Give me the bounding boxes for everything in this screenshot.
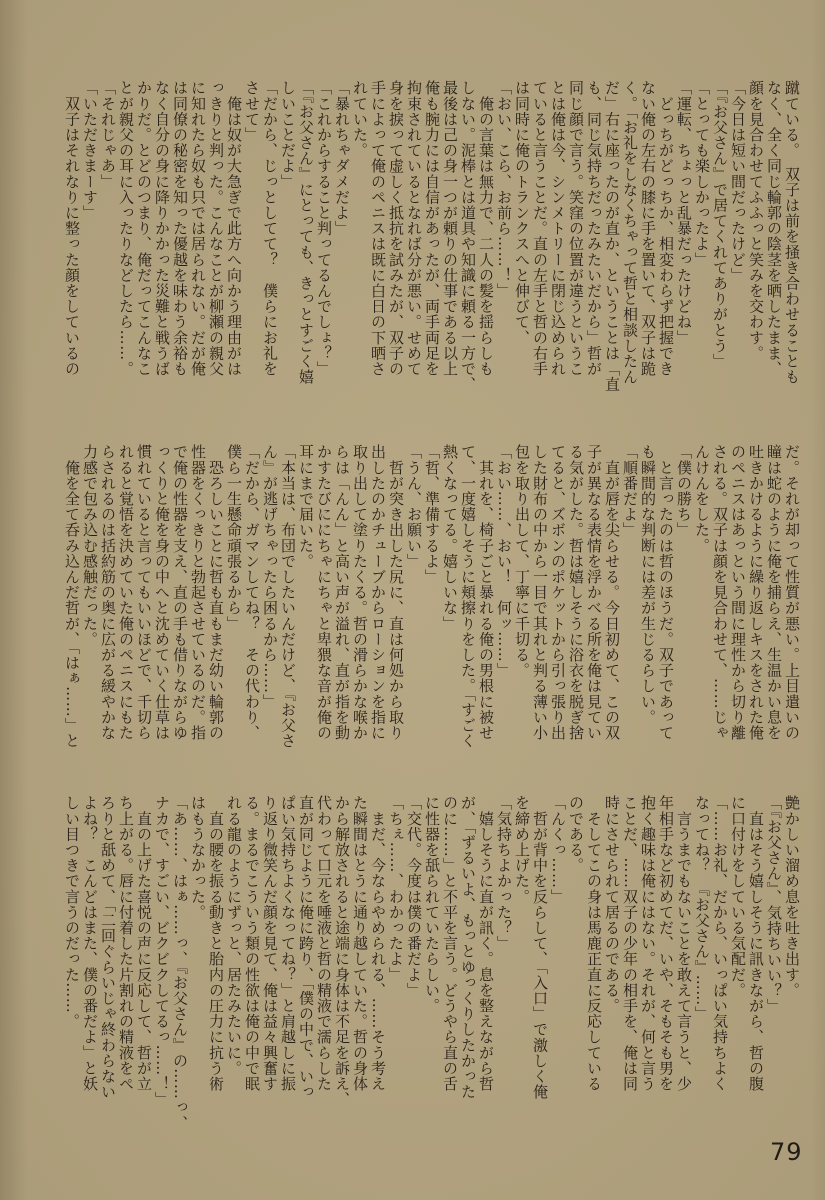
text-column: 蹴ている。 双子は前を掻き合わせることも [783,80,801,428]
text-column: 子が異なる表情を浮かべる所を俺は見てい [585,444,603,792]
text-column: で俺の性器を支え、直の手も借りながらゆ [171,444,189,792]
text-column: んけんをした。 [693,444,711,792]
text-column: 年相手など初めてだ、いや、そもそも男を [657,795,675,1143]
text-column: 「それじゃあ」 [99,80,117,428]
text-column: だ」右に座ったのが直か、ということは「直 [603,80,621,428]
text-column: まだ、今ならやめられる、……そう考え [369,795,387,1143]
text-column: ろりと舐めて、「二回ぐらいじゃ終わらない [99,795,117,1143]
text-column: 直の上げた喜悦の声に反応して、哲が立 [135,795,153,1143]
text-column: 代わって口元を唾液と哲の精液で濡らした [315,795,333,1143]
text-column: 身を捩って虚しく抵抗を試みたが、双子の [387,80,405,428]
text-column: 「うん、お願い」 [405,444,423,792]
text-column: て、一度嬉しそうに頬擦りをした。「すごく [459,444,477,792]
page-number: 79 [770,1138,803,1166]
text-column: 「ちぇ……、わかったよ」 [387,795,405,1143]
text-column: しい目つきで言うのだった……。 [63,795,81,1143]
text-column: 双子はそれなりに整った顔をしているの [63,80,81,428]
text-column: く。「お礼をしなくちゃって哲と相談したん [621,80,639,428]
text-column: なってね？ 『お父さん』……」 [693,795,711,1143]
text-column: とが親父の耳に入ったりなどしたら……。 [117,80,135,428]
text-column: なく自分の身に降りかかった災難と戦うば [153,80,171,428]
text-column: も、同じ気持ちだったみたいだから」哲が [585,80,603,428]
text-column: 俺も腕力には自信があったが、両手両足を [423,80,441,428]
text-column: した財布の中から一目で其れと判る薄い小 [531,444,549,792]
text-column: れていた。 [351,80,369,428]
text-column: される。双子は顔を見合わせて、……じゃ [711,444,729,792]
text-block-top: 蹴ている。 双子は前を掻き合わせることもなく、全く同じ輪郭の陰茎を晒したまま、顔… [61,80,801,428]
text-column: てると、ズボンのポケットから引っ張り出 [549,444,567,792]
text-column: 「……お礼、だから、いっぱい気持ちよく [711,795,729,1143]
text-column: そしてこの身は馬鹿正直に反応している [585,795,603,1143]
text-block-bottom: 艶かしい溜め息を吐き出す。「『お父さん』、気持ちいい？」 直はそう嬉しそうに訊き… [61,795,801,1143]
text-column: を締め上げた。 [513,795,531,1143]
text-column: 最後は己の身一つが頼りの仕事である以上 [441,80,459,428]
text-column: 取り出して塗りたくる。哲の滑らかな喉か [351,444,369,792]
text-column: しない。泥棒とは道具や知識に頼る一方で、 [459,80,477,428]
text-column: 熱くなってる。嬉しいな」 [441,444,459,792]
text-column: 「『お父さん』にとっても、きっとすごく嬉 [297,80,315,428]
text-column: 「とっても楽しかったよ」 [693,80,711,428]
text-column: のである。 [567,795,585,1143]
text-column: 其れを、椅子ごと暴れる俺の男根に被せ [477,444,495,792]
text-column: 性器をくっきりと勃起させているのだ。指 [189,444,207,792]
text-column: 吐きかけるように繰り返しキスをされた俺 [747,444,765,792]
text-column: のに……」と不平を言う。どうやら直の舌 [441,795,459,1143]
text-column: 「本当は、布団でしたいんだけど、『お父さ [279,444,297,792]
text-column: 包を取り出して、丁寧に千切る。 [513,444,531,792]
text-column: 「気持ちよかった？」 [495,795,513,1143]
text-column: だ。それが却って性質が悪い。上目遣いの [783,444,801,792]
text-column: かりだ。とどのつまり、俺だってこんなこ [135,80,153,428]
text-column: のペニスはあっという間に理性から切り離 [729,444,747,792]
text-column: っくりと俺を身の中へと沈めていく仕草は [153,444,171,792]
text-column: 手によって俺のペニスは既に白日の下晒さ [369,80,387,428]
text-column: らは「んん」と高い声が溢れ、直が指を動 [333,444,351,792]
text-column: 「んくっ……」 [549,795,567,1143]
text-column: 「今日は短い間だったけど」 [729,80,747,428]
text-column: 「僕の勝ち」 [675,444,693,792]
text-column: はもうなかった。 [189,795,207,1143]
text-column: る。まるでこういう類の性欲は俺の中で眠 [243,795,261,1143]
text-column: なく、全く同じ輪郭の陰茎を晒したまま、 [765,80,783,428]
text-column: ナカで、すごい、ビクビクしてるっ……！」 [153,795,171,1143]
text-column: 時にさせられて居るのである。 [603,795,621,1143]
text-column: ぱい気持ちよくなってね？」と肩越しに振 [279,795,297,1143]
text-column: 直はそう嬉しそうに訊きながら、哲の腹 [747,795,765,1143]
text-block-middle: だ。それが却って性質が悪い。上目遣いの瞳は蛇のように俺を捕らえ、生温かい息を吐き… [61,444,801,792]
text-column: 俺は奴が大急ぎで此方へ向かう理由がは [225,80,243,428]
text-column: 直の腰を振る動きと胎内の圧力に抗う術 [207,795,225,1143]
text-column: に口付けをしている気配だ。 [729,795,747,1143]
text-column: 「『お父さん』、気持ちいい？」 [765,795,783,1143]
text-column: 「おい……、おい！ 何ッ……」 [495,444,513,792]
text-column: れると覚悟を決めていた俺のペニスにもた [117,444,135,792]
text-column: よね？ こんどはまた、僕の番だよ」と妖 [81,795,99,1143]
text-column: 力感で包み込む感触だった。 [81,444,99,792]
text-column: かすたびににちゃにちゃと卑猥な音が俺の [315,444,333,792]
text-column: から解放されると途端に身体は不足を訴え、 [333,795,351,1143]
text-column: 「いただきまーす」 [81,80,99,428]
text-column: に性器を舐られていたらしい。 [423,795,441,1143]
text-column: 「哲、準備するよ」 [423,444,441,792]
text-column: り返り微笑んだ顔を見て、俺は益々興奮す [261,795,279,1143]
text-column: ていると言うことだ。直の左手と哲の右手 [531,80,549,428]
text-column: る気がした。哲は嬉しそうに浴衣を脱ぎ捨 [567,444,585,792]
text-column: 直が同じように俺に跨り、「僕の中で、いっ [297,795,315,1143]
text-column: ち上がる。唇に付着した片割れの精液をぺ [117,795,135,1143]
text-column: しいことだよ」 [279,80,297,428]
text-column: と言ったのは哲のほうだ。双子であって [657,444,675,792]
text-column: 「順番だよ」 [621,444,639,792]
text-column: 恐ろしいことに哲も直もまだ幼い輪郭の [207,444,225,792]
text-column: らされるのは括約筋の奥に広がる緩やかな [99,444,117,792]
text-column: とは俺は今、シンメトリーに閉じ込められ [549,80,567,428]
text-column: 「運転、ちょっと乱暴だったけどね」 [675,80,693,428]
text-column: 直が唇を尖らせる。今日初めて、この双 [603,444,621,792]
text-column: ない俺の左右の膝に手を置いて、双子は跪 [639,80,657,428]
text-column: 「これからすること判ってるんでしょ？」 [315,80,333,428]
text-column: 「あ……、はぁ……っ、『お父さん』の……っ、 [171,795,189,1143]
text-column: は同僚の秘密を知った優越を味わう余裕も [171,80,189,428]
text-column: 拘束されているとなれば分が悪い。せめて [405,80,423,428]
text-column: た瞬間はとうに通り越していた。哲の身体 [351,795,369,1143]
text-column: れる龍のようにずっと、居たみたいに。 [225,795,243,1143]
text-column: 「交代。今度は僕の番だよ」 [405,795,423,1143]
text-column: 「おい、こら、お前ら……！」 [495,80,513,428]
text-column: 抱く趣味は俺にはない。それが、何と言う [639,795,657,1143]
text-column: させて」 [243,80,261,428]
text-column: 嬉しそうに直が訊く。息を整えながら哲 [477,795,495,1143]
text-column: 耳にまで届いた。 [297,444,315,792]
text-column: 「暴れちゃダメだよ」 [333,80,351,428]
text-column: どっちがどっちか、相変わらず把握でき [657,80,675,428]
text-column: ことだ、……双子の少年の相手を、俺は同 [621,795,639,1143]
text-column: 言うまでもないことを敢えて言うと、少 [675,795,693,1143]
text-column: 哲が突き出した尻に、直は何処から取り [387,444,405,792]
text-column: が、「ずるいよ、もっとゆっくりしたかった [459,795,477,1143]
text-column: 俺を全て呑み込んだ哲が、「はぁ……」と [63,444,81,792]
text-column: 瞳は蛇のように俺を捕らえ、生温かい息を [765,444,783,792]
text-column: 「だから、じっとしてて？ 僕らにお礼を [261,80,279,428]
text-column: 艶かしい溜め息を吐き出す。 [783,795,801,1143]
text-column: 俺の言葉は無力で、二人の髪を揺らしも [477,80,495,428]
text-column: 僕ら一生懸命頑張るから」 [225,444,243,792]
text-column: は同時に俺のトランクスへと伸びて、 [513,80,531,428]
text-column: 顔を見合わせてふふっと笑みを交わす。 [747,80,765,428]
text-column: っきりと判った。こんなことが柳瀬の親父 [207,80,225,428]
text-column: 出したのかチューブからローションを指に [369,444,387,792]
text-column: に知れたら奴も只では居られない。だが俺 [189,80,207,428]
text-column: 「『お父さん』で居てくれてありがとう」 [711,80,729,428]
text-column: 同じ顔で言う。笑窪の位置が違うというこ [567,80,585,428]
text-column: 哲が背中を反らして、「入口」で激しく俺 [531,795,549,1143]
text-column: も瞬間的な判断には差が生じるらしい。 [639,444,657,792]
text-column: ん』が逃げちゃったら困るから……」 [261,444,279,792]
text-column: 「だから、ガマンしてね？ その代わり、 [243,444,261,792]
text-column: 慣れていると言ってもいいほどで、千切ら [135,444,153,792]
